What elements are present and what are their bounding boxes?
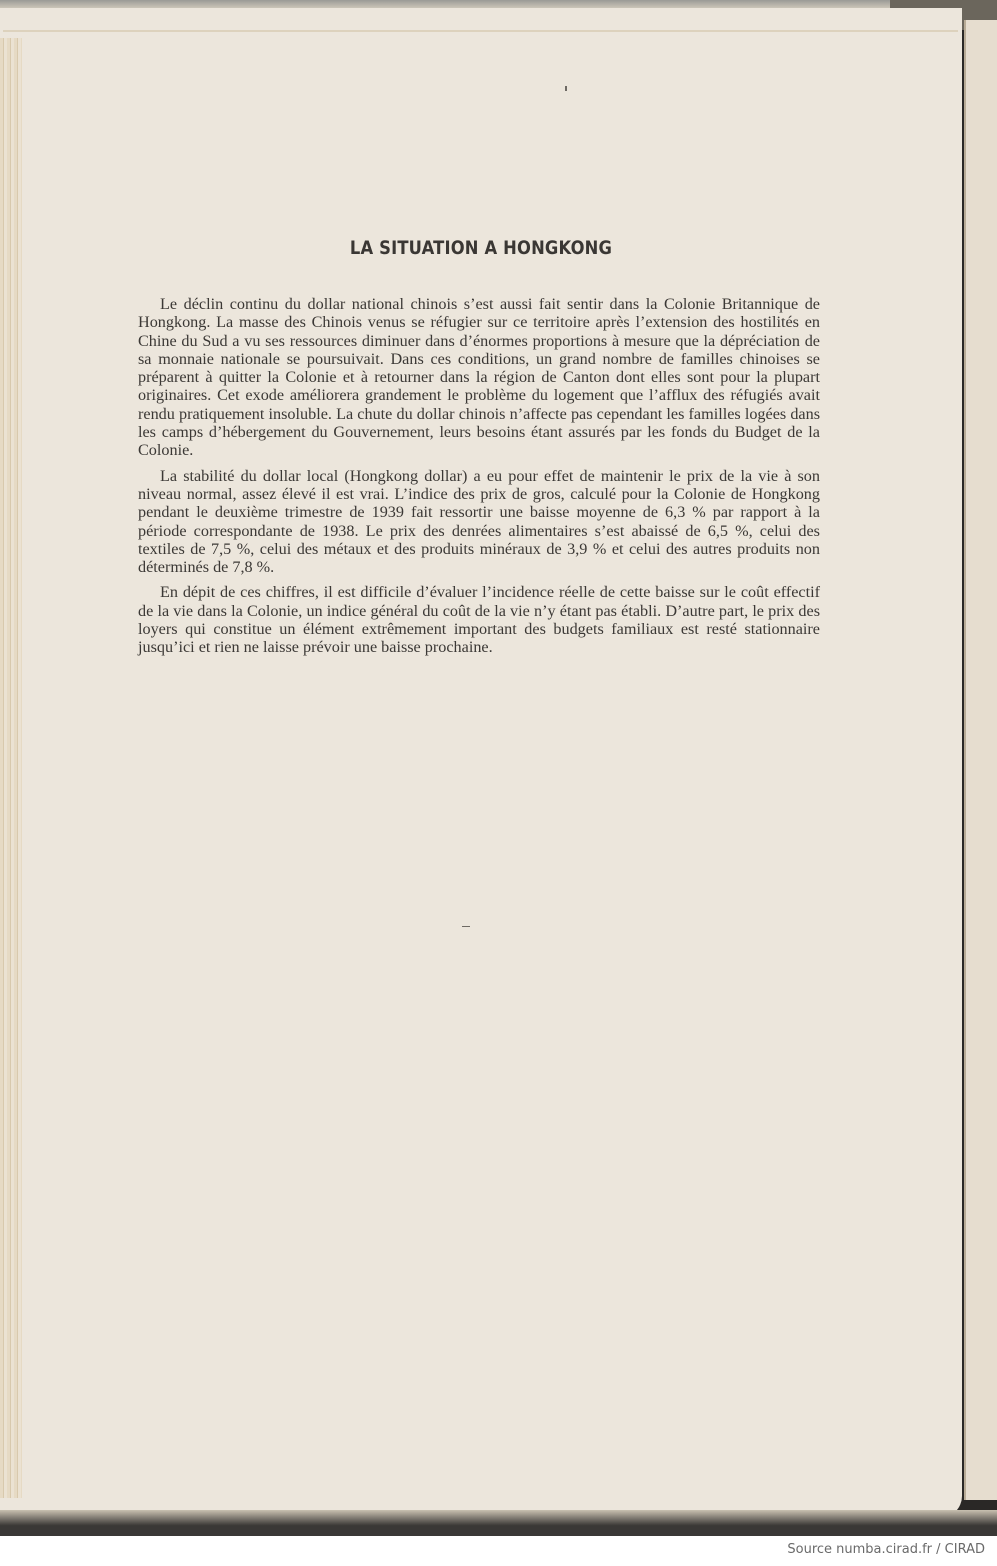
ink-speck [565, 86, 567, 91]
adjacent-page-edge [964, 20, 997, 1500]
scanned-page-photo: LA SITUATION A HONGKONG Le déclin contin… [0, 0, 997, 1536]
scan-bottom-shadow [0, 1510, 997, 1536]
paragraph: La stabilité du dollar local (Hongkong d… [138, 467, 820, 577]
source-credit: Source numba.cirad.fr / CIRAD [787, 1542, 985, 1557]
ink-speck [462, 926, 470, 927]
paragraph: En dépit de ces chiffres, il est diffici… [138, 583, 820, 656]
page-title: LA SITUATION A HONGKONG [67, 237, 894, 259]
article-body: Le déclin continu du dollar national chi… [138, 295, 820, 664]
paragraph: Le déclin continu du dollar national chi… [138, 295, 820, 460]
document-page: LA SITUATION A HONGKONG Le déclin contin… [0, 8, 962, 1518]
